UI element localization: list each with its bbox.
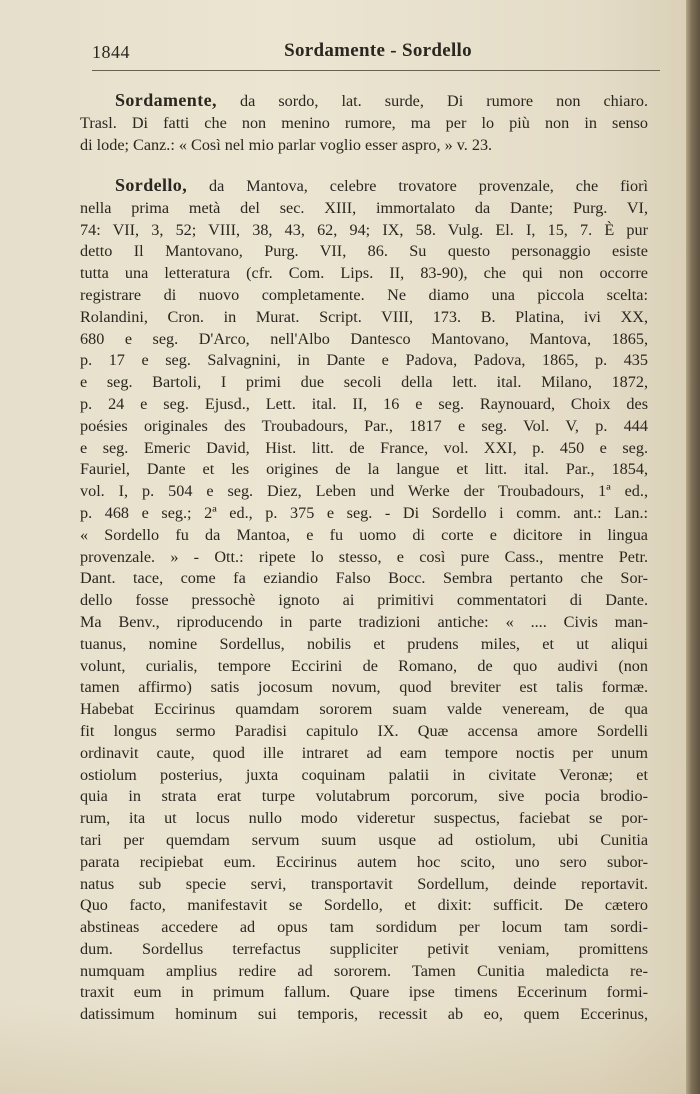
entry-line: nella prima metà del sec. XIII, immortal… bbox=[80, 198, 648, 220]
entry-line: Ma Benv., riproducendo in parte tradizio… bbox=[80, 612, 648, 634]
entry-line: tuanus, nomine Sordellus, nobilis et pru… bbox=[80, 634, 648, 656]
entry-sordello: Sordello, da Mantova, celebre trovatore … bbox=[80, 175, 648, 1026]
page-header: 1844 Sordamente - Sordello bbox=[92, 40, 664, 66]
entry-line: 74: VII, 3, 52; VIII, 38, 43, 62, 94; IX… bbox=[80, 220, 648, 242]
entry-text: da sordo, lat. surde, Di rumore non chia… bbox=[217, 92, 648, 110]
entry-line: volunt, curialis, tempore Eccirini de Ro… bbox=[80, 656, 648, 678]
entry-line: p. 468 e seg.; 2ª ed., p. 375 e seg. - D… bbox=[80, 503, 648, 525]
entry-line: quia in strata erat turpe volutabrum por… bbox=[80, 786, 648, 808]
entry-line: fit longus sermo Paradisi capitulo IX. Q… bbox=[80, 721, 648, 743]
entry-line: « Sordello fu da Mantoa, e fu uomo di co… bbox=[80, 525, 648, 547]
entry-line: datissimum hominum sui temporis, recessi… bbox=[80, 1004, 648, 1026]
entry-line: dum. Sordellus terrefactus suppliciter p… bbox=[80, 939, 648, 961]
entry-line: e seg. Emeric David, Hist. litt. de Fran… bbox=[80, 438, 648, 460]
entry-line: e seg. Bartoli, I primi due secoli della… bbox=[80, 372, 648, 394]
entry-line: Rolandini, Cron. in Murat. Script. VIII,… bbox=[80, 307, 648, 329]
entry-line: registrare di nuovo completamente. Ne di… bbox=[80, 285, 648, 307]
entry-line: vol. I, p. 504 e seg. Diez, Leben und We… bbox=[80, 481, 648, 503]
entry-text: da Mantova, celebre trovatore provenzale… bbox=[187, 177, 648, 195]
entry-line: ordinavit caute, quod ille intraret ad e… bbox=[80, 743, 648, 765]
running-head: Sordamente - Sordello bbox=[92, 40, 664, 62]
entry-line: tamen affirmo) satis jocosum novum, quod… bbox=[80, 677, 648, 699]
entry-line: tari per quemdam servum suum usque ad os… bbox=[80, 830, 648, 852]
entry-line: rum, ita ut locus nullo modo videretur s… bbox=[80, 808, 648, 830]
entry-line: p. 24 e seg. Ejusd., Lett. ital. II, 16 … bbox=[80, 394, 648, 416]
entry-line: dello fosse pressochè ignoto ai primitiv… bbox=[80, 590, 648, 612]
entry-sordamente: Sordamente, da sordo, lat. surde, Di rum… bbox=[80, 90, 648, 156]
entry-line: numquam amplius redire ad sororem. Tamen… bbox=[80, 961, 648, 983]
headword: Sordamente, bbox=[115, 90, 217, 110]
headword: Sordello, bbox=[115, 175, 187, 195]
entry-line: p. 17 e seg. Salvagnini, in Dante e Pado… bbox=[80, 350, 648, 372]
entry-line: Fauriel, Dante et les origines de la lan… bbox=[80, 459, 648, 481]
entry-line: poésies originales des Troubadours, Par.… bbox=[80, 416, 648, 438]
entry-line: ostiolum posterius, juxta coquinam palat… bbox=[80, 765, 648, 787]
entry-line: tutta una letteratura (cfr. Com. Lips. I… bbox=[80, 263, 648, 285]
entry-line: 680 e seg. D'Arco, nell'Albo Dantesco Ma… bbox=[80, 329, 648, 351]
entry-line: abstineas accedere ad opus tam sordidum … bbox=[80, 917, 648, 939]
entry-line: parata recipiebat eum. Eccirinus autem h… bbox=[80, 852, 648, 874]
entry-line: provenzale. » - Ott.: ripete lo stesso, … bbox=[80, 547, 648, 569]
entry-line: Dant. tace, come fa eziandio Falso Bocc.… bbox=[80, 568, 648, 590]
entry-line: Quo facto, manifestavit se Sordello, et … bbox=[80, 895, 648, 917]
entry-line: traxit eum in primum fallum. Quare ipse … bbox=[80, 982, 648, 1004]
entry-line: Trasl. Di fatti che non menino rumore, m… bbox=[80, 113, 648, 135]
entry-line: di lode; Canz.: « Così nel mio parlar vo… bbox=[80, 135, 648, 157]
entry-line: Sordamente, da sordo, lat. surde, Di rum… bbox=[80, 90, 648, 113]
entry-line: natus sub specie servi, transportavit So… bbox=[80, 874, 648, 896]
entry-line: Sordello, da Mantova, celebre trovatore … bbox=[80, 175, 648, 198]
book-page: 1844 Sordamente - Sordello Sordamente, d… bbox=[0, 0, 700, 1094]
entry-line: detto Il Mantovano, Purg. VII, 86. Su qu… bbox=[80, 241, 648, 263]
entry-line: Habebat Eccirinus quamdam sororem suam v… bbox=[80, 699, 648, 721]
header-rule bbox=[92, 70, 660, 71]
